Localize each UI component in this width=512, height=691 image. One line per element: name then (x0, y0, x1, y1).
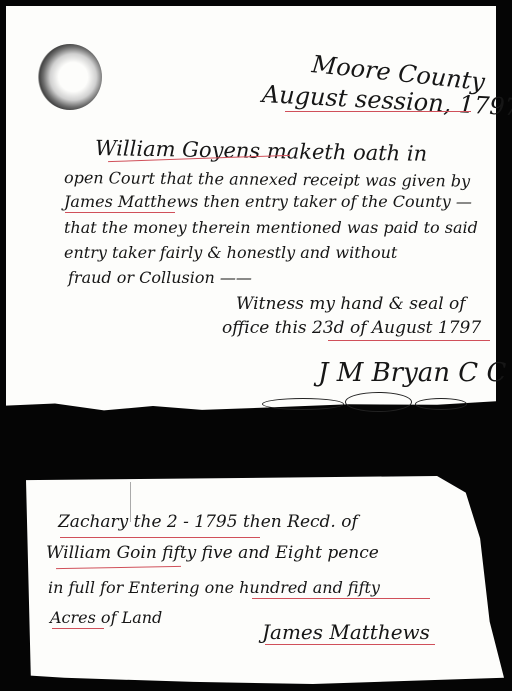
body-line-4: that the money therein mentioned was pai… (64, 218, 478, 237)
underline-james-matthews (65, 212, 175, 213)
body-line-3: James Matthews then entry taker of the C… (64, 192, 472, 211)
body-line-2: open Court that the annexed receipt was … (64, 168, 470, 191)
receipt-line-1: Zachary the 2 - 1795 then Recd. of (58, 512, 358, 532)
receipt-line-2: William Goin fifty five and Eight pence (46, 543, 379, 563)
receipt-line-3: in full for Entering one hundred and fif… (48, 578, 380, 597)
attestation-line-2: office this 23d of August 1797 (222, 318, 481, 338)
receipt-signature: James Matthews (262, 620, 430, 644)
clerk-signature: J M Bryan C C (318, 358, 506, 388)
underline-heading-session (285, 111, 471, 112)
underline-attestation-date (328, 340, 490, 341)
signature-flourish-2 (345, 392, 412, 412)
underline-receipt-signature (265, 644, 435, 645)
underline-acreage (252, 598, 430, 599)
body-line-6: fraud or Collusion —— (68, 268, 252, 287)
attestation-line-1: Witness my hand & seal of (236, 294, 466, 314)
wax-seal-mark (38, 44, 102, 110)
underline-acres (52, 628, 104, 629)
signature-flourish-1 (262, 398, 344, 410)
underline-receipt-date (60, 537, 260, 538)
receipt-line-4: Acres of Land (50, 608, 162, 627)
body-line-5: entry taker fairly & honestly and withou… (64, 243, 397, 262)
signature-flourish-3 (415, 398, 467, 410)
